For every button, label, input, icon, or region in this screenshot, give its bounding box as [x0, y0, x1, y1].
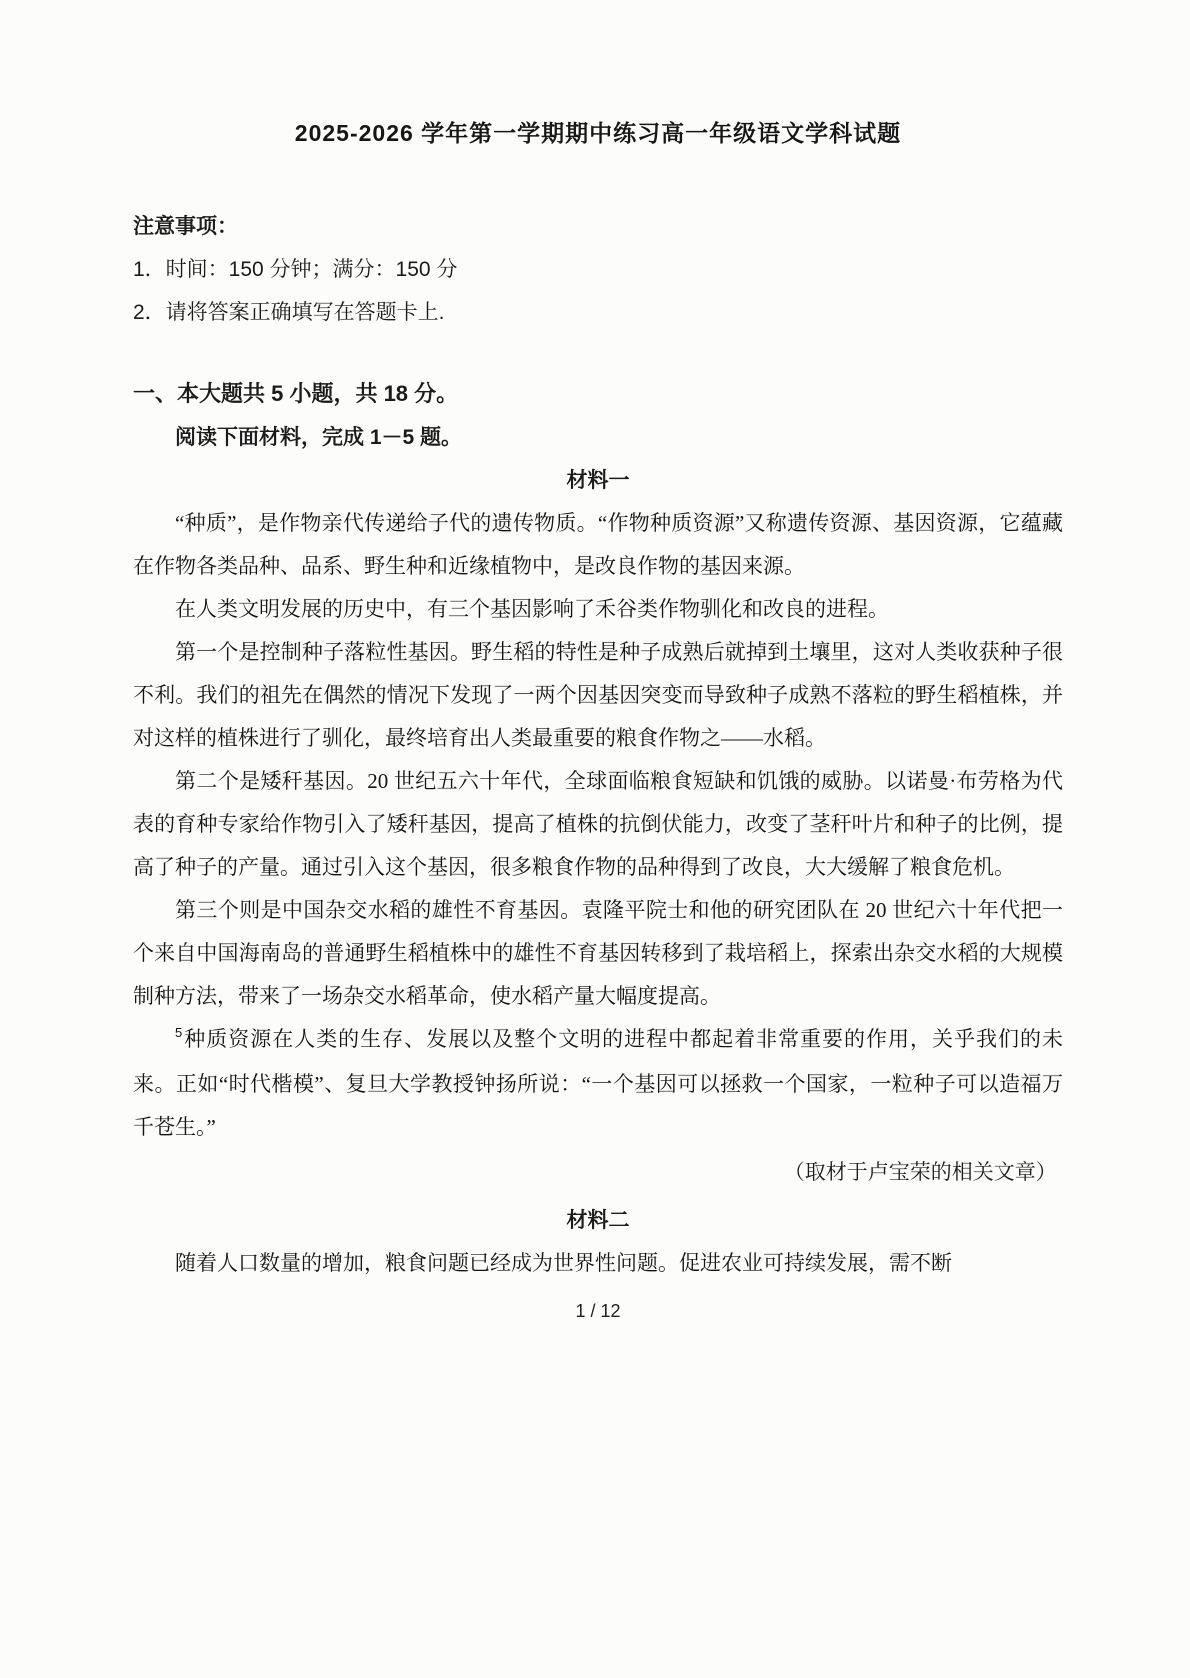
paragraph-conclusion: 5种质资源在人类的生存、发展以及整个文明的进程中都起着非常重要的作用，关乎我们的…: [133, 1018, 1063, 1149]
page-number: 1 / 12: [133, 1301, 1063, 1322]
paragraph-first-gene: 第一个是控制种子落粒性基因。野生稻的特性是种子成熟后就掉到土壤里，这对人类收获种…: [133, 631, 1063, 760]
paragraph-third-gene: 第三个则是中国杂交水稻的雄性不育基因。袁隆平院士和他的研究团队在 20 世纪六十…: [133, 889, 1063, 1018]
paragraph-germplasm-definition: “种质”，是作物亲代传递给子代的遗传物质。“作物种质资源”又称遗传资源、基因资源…: [133, 502, 1063, 588]
material-one-passage: “种质”，是作物亲代传递给子代的遗传物质。“作物种质资源”又称遗传资源、基因资源…: [133, 502, 1063, 1149]
notice-item-time: 1．时间：150 分钟；满分：150 分: [133, 255, 1063, 285]
notice-item-answer-sheet: 2．请将答案正确填写在答题卡上.: [133, 298, 1063, 328]
reading-intro: 阅读下面材料，完成 1－5 题。: [133, 422, 1063, 454]
notice-block: 注意事项： 1．时间：150 分钟；满分：150 分 2．请将答案正确填写在答题…: [133, 212, 1063, 328]
material-two-passage: 随着人口数量的增加，粮食问题已经成为世界性问题。促进农业可持续发展，需不断: [133, 1242, 1063, 1285]
handwritten-mark: 5: [175, 1025, 182, 1040]
exam-page: 2025-2026 学年第一学期期中练习高一年级语文学科试题 注意事项： 1．时…: [0, 0, 1190, 1678]
paragraph-second-gene: 第二个是矮秆基因。20 世纪五六十年代，全球面临粮食短缺和饥饿的威胁。以诺曼·布…: [133, 760, 1063, 889]
paragraph-three-genes-intro: 在人类文明发展的历史中，有三个基因影响了禾谷类作物驯化和改良的进程。: [133, 588, 1063, 631]
section-one-heading: 一、本大题共 5 小题，共 18 分。: [133, 378, 1063, 410]
material-two-title: 材料二: [133, 1204, 1063, 1238]
paragraph-material-two-opening: 随着人口数量的增加，粮食问题已经成为世界性问题。促进农业可持续发展，需不断: [133, 1242, 1063, 1285]
page-content: 2025-2026 学年第一学期期中练习高一年级语文学科试题 注意事项： 1．时…: [0, 0, 1190, 1322]
material-one-title: 材料一: [133, 464, 1063, 498]
source-attribution: （取材于卢宝荣的相关文章）: [133, 1151, 1063, 1194]
page-title: 2025-2026 学年第一学期期中练习高一年级语文学科试题: [133, 118, 1063, 148]
notice-heading: 注意事项：: [133, 212, 1063, 242]
paragraph-conclusion-text: 种质资源在人类的生存、发展以及整个文明的进程中都起着非常重要的作用，关乎我们的未…: [133, 1027, 1063, 1139]
